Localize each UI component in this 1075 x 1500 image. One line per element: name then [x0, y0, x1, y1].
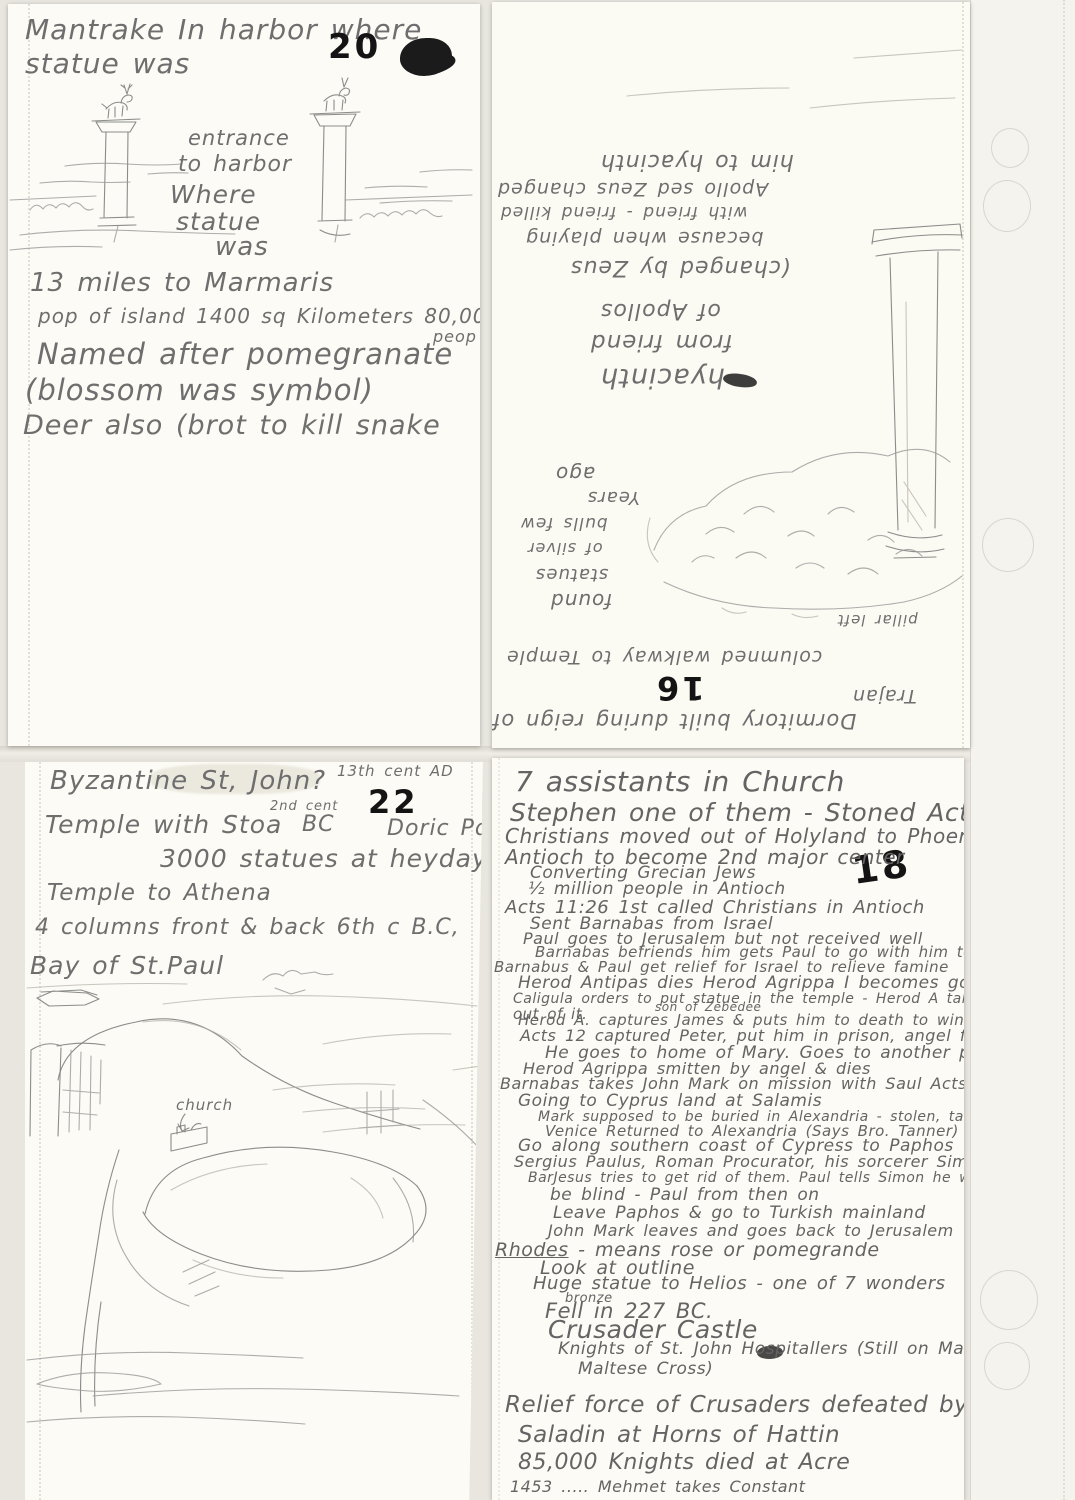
page-number-16: 16: [654, 672, 705, 704]
handwritten-line: (changed by Zeus: [570, 256, 791, 278]
handwritten-line: of Apollos: [600, 299, 721, 321]
handwritten-line: Acts 12 captured Peter, put him in priso…: [520, 1028, 964, 1044]
handwritten-line: Named after pomegranate: [37, 340, 453, 369]
handwritten-line: Sergius Paulus, Roman Procurator, his so…: [514, 1154, 964, 1170]
handwritten-line: Knights of St. John Hospitallers (Still …: [558, 1341, 964, 1358]
perforation-line: [962, 2, 964, 748]
scanner-margin-strip: [970, 0, 1075, 1500]
handwritten-line: Doric Pd: [387, 818, 483, 840]
notebook-page-22-lindos: Byzantine St, John?13th cent ADTemple wi…: [25, 762, 483, 1500]
scanned-notes-sheet: Mantrake In harbor wherestatue was20entr…: [0, 0, 1075, 1500]
handwritten-line: Dormitory built during reign of: [492, 710, 856, 731]
handwritten-line: statue: [176, 209, 261, 234]
handwritten-line: Saladin at Horns of Hattin: [518, 1424, 840, 1447]
notebook-page-20-harbor: Mantrake In harbor wherestatue was20entr…: [8, 4, 480, 746]
notebook-page-16-hyacinth: him to hyacinthApollo sed Zeus changedwi…: [492, 2, 970, 748]
handwritten-line: him to hyacinth: [600, 150, 794, 172]
perforation-line: [498, 758, 500, 1500]
handwritten-line: (blossom was symbol): [25, 376, 374, 405]
handwritten-line: 4 columns front & back 6th c B.C,: [35, 917, 460, 939]
handwritten-line: statue was: [25, 50, 190, 78]
handwritten-line: to harbor: [178, 154, 292, 176]
page-number-20: 20: [328, 30, 381, 64]
handwritten-line: 85,000 Knights died at Acre: [518, 1452, 850, 1474]
handwritten-line: Trajan: [852, 686, 917, 705]
handwritten-line: of silver: [527, 540, 603, 556]
handwritten-line: 3000 statues at heyday: [160, 846, 483, 871]
handwritten-line: bulls few: [520, 514, 608, 531]
handwritten-line: Bay of St.Paul: [30, 953, 224, 978]
handwritten-line: BarJesus tries to get rid of them. Paul …: [528, 1171, 964, 1185]
handwritten-line: was: [215, 234, 269, 260]
handwritten-line: Going to Cyprus land at Salamis: [518, 1093, 822, 1110]
handwritten-line: hyacinth: [600, 364, 725, 391]
handwritten-line: 7 assistants in Church: [515, 768, 845, 796]
handwritten-line: Deer also (brot to kill snake: [23, 412, 441, 439]
ink-smudge: [722, 371, 758, 390]
handwritten-line: 1453 ..... Mehmet takes Constant: [510, 1479, 805, 1495]
punch-hole: [991, 128, 1029, 168]
handwritten-line: ago: [555, 464, 595, 484]
handwritten-line: pop of island 1400 sq Kilometers 80,000: [38, 306, 480, 326]
handwritten-line: John Mark leaves and goes back to Jerusa…: [548, 1223, 954, 1239]
handwritten-line: be blind - Paul from then on: [550, 1187, 820, 1204]
handwritten-line: from friend: [590, 330, 733, 353]
handwritten-line: entrance: [188, 128, 290, 149]
handwritten-line: statues: [535, 565, 608, 583]
perforation-line: [39, 762, 41, 1500]
punch-hole: [984, 1342, 1030, 1390]
handwritten-line: because when playing: [525, 228, 763, 247]
handwritten-line: Stephen one of them - Stoned Acts 11: [510, 800, 964, 825]
handwritten-line: found: [550, 591, 612, 611]
handwritten-line: Maltese Cross): [578, 1361, 713, 1378]
handwritten-line: Temple to Athena: [47, 882, 272, 905]
handwritten-line: columned walkway to Temple: [506, 647, 822, 666]
handwritten-line: church: [176, 1098, 233, 1113]
punch-hole: [982, 518, 1034, 572]
handwritten-line: Years: [587, 488, 640, 506]
handwritten-line: Barnabas takes John Mark on mission with…: [500, 1076, 964, 1092]
handwritten-line: Leave Paphos & go to Turkish mainland: [553, 1205, 926, 1222]
handwritten-line: BC: [302, 814, 334, 836]
handwritten-line: Temple with Stoa: [45, 812, 282, 837]
page-number-22: 22: [368, 786, 419, 818]
handwritten-line: pillar left: [837, 612, 918, 627]
handwritten-line: Apollo sed Zeus changed: [497, 179, 768, 198]
handwritten-line: 13th cent AD: [337, 764, 454, 779]
handwritten-line: Byzantine St, John?: [50, 768, 326, 794]
punch-hole: [980, 1270, 1038, 1330]
handwritten-line: Relief force of Crusaders defeated by: [505, 1394, 964, 1417]
punch-hole: [983, 180, 1031, 232]
handwritten-line: Christians moved out of Holyland to Phoe…: [505, 826, 964, 846]
handwritten-line: Herod Antipas dies Herod Agrippa I becom…: [518, 975, 964, 992]
handwritten-line: 13 miles to Marmaris: [30, 270, 334, 296]
handwritten-line: with friend - friend killed: [500, 203, 748, 220]
handwritten-line: ½ million people in Antioch: [528, 881, 786, 898]
perforation-line: [1063, 0, 1065, 1500]
handwritten-line: Where: [170, 182, 257, 207]
notebook-page-18-acts: 187 assistants in ChurchStephen one of t…: [492, 758, 964, 1500]
